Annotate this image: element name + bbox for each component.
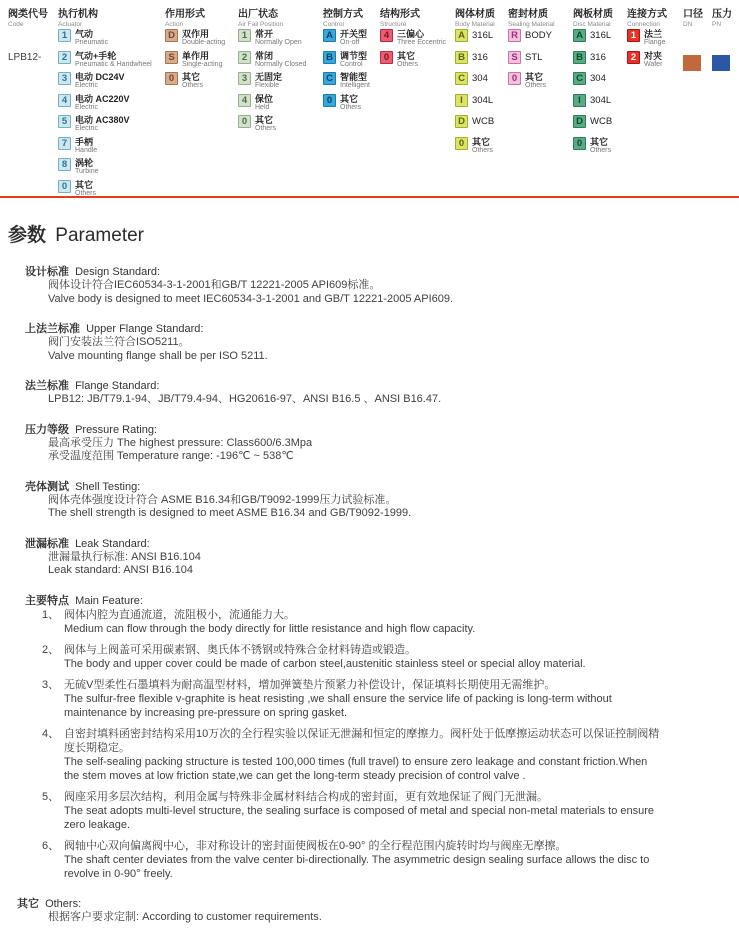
item-label-en: Normally Closed: [255, 61, 306, 69]
column-dn: 口径 DN: [683, 0, 711, 71]
section-line: Leak standard: ANSI B16.104: [48, 564, 739, 578]
others-line: 根据客户要求定制: According to customer requirem…: [48, 911, 739, 925]
column-title-zh: 出厂状态: [238, 5, 323, 20]
item-label-zh: 316: [590, 51, 606, 65]
parameter-heading: 参数 Parameter: [8, 220, 739, 247]
column-items: R BODY S STL 0 其它 Others: [508, 28, 573, 93]
item-label-zh: WCB: [472, 115, 494, 129]
column-items: A 316L B 316 C 304 I 304L: [455, 28, 508, 157]
feature-item: 6、 阀轴中心双向偏离阀中心，非对称设计的密封面使阀板在0-90° 的全行程范围…: [42, 839, 662, 881]
section-line: 阀门安装法兰符合ISO5211。: [48, 336, 739, 350]
legend-item: B 316: [455, 50, 508, 72]
item-label-en: Electric: [75, 125, 130, 133]
column-header: 连接方式 Connection: [627, 5, 683, 28]
column-title-zh: 阀板材质: [573, 5, 627, 20]
section-title-zh: 主要特点: [25, 595, 69, 607]
section-title-zh: 压力等级: [25, 424, 69, 436]
feature-text-zh: 阀体内腔为直通流道，流阻极小，流通能力大。: [64, 608, 662, 622]
legend-item: 1 法兰 Flange: [627, 28, 683, 50]
section-title: 压力等级 Pressure Rating:: [25, 423, 739, 437]
item-label-en: Three Eccentric: [397, 39, 446, 47]
column-title-en: Connection: [627, 21, 683, 28]
param-section: 壳体测试 Shell Testing: 阀体壳体强度设计符合 ASME B16.…: [25, 480, 739, 521]
column-items: 1 气动 Pneumatic 2 气动+手轮 Pneumatic & Handw…: [58, 28, 165, 200]
code-box: C: [323, 72, 336, 85]
column-header: 口径 DN: [683, 5, 711, 28]
legend-item: 4 保位 Held: [238, 93, 323, 115]
column-items: D 双作用 Double-acting S 单作用 Single-acting …: [165, 28, 238, 93]
code-box: 1: [58, 29, 71, 42]
code-box: 0: [323, 94, 336, 107]
item-label-zh: 电动 DC24V: [75, 72, 125, 82]
param-section: 上法兰标准 Upper Flange Standard: 阀门安装法兰符合ISO…: [25, 322, 739, 363]
legend-item: S 单作用 Single-acting: [165, 50, 238, 72]
column-actuator: 执行机构 Actuator 1 气动 Pneumatic 2 气动+手轮 Pne…: [58, 0, 165, 28]
column-header: 阀板材质 Disc Material: [573, 5, 627, 28]
code-box: A: [573, 29, 586, 42]
column-title-en: Sealing Material: [508, 21, 573, 28]
code-box: 3: [58, 72, 71, 85]
model-code-value: LPB12-: [8, 52, 58, 63]
legend-item: D 双作用 Double-acting: [165, 28, 238, 50]
item-label-en: Flange: [644, 39, 665, 47]
item-label-zh: 无固定: [255, 72, 282, 82]
column-header: 出厂状态 Air Fail Position: [238, 5, 323, 28]
section-title-en: Design Standard:: [75, 266, 160, 278]
code-box: 2: [238, 51, 251, 64]
feature-number: 1、: [42, 608, 64, 622]
section-title: 壳体测试 Shell Testing:: [25, 480, 739, 494]
feature-number: 2、: [42, 643, 64, 657]
code-box: C: [573, 72, 586, 85]
item-label-zh: 其它: [397, 51, 418, 61]
column-title-en: Code: [8, 21, 58, 28]
column-title-zh: 连接方式: [627, 5, 683, 20]
code-box: 4: [238, 94, 251, 107]
code-box: 2: [627, 51, 640, 64]
section-title: 法兰标准 Flange Standard:: [25, 379, 739, 393]
item-label-zh: 304L: [590, 94, 611, 108]
column-title-en: Body Material: [455, 21, 508, 28]
item-label-zh: 304: [472, 72, 488, 86]
item-label-zh: WCB: [590, 115, 612, 129]
section-title-en: Others:: [45, 898, 81, 910]
code-box: I: [573, 94, 586, 107]
code-box: S: [508, 51, 521, 64]
item-label-zh: 法兰: [644, 29, 665, 39]
column-title-en: Structure: [380, 21, 455, 28]
legend-item: 2 气动+手轮 Pneumatic & Handwheel: [58, 50, 165, 72]
param-section: 压力等级 Pressure Rating: 最高承受压力 The highest…: [25, 423, 739, 464]
column-air-fail-position: 出厂状态 Air Fail Position 1 常开 Normally Ope…: [238, 0, 323, 28]
code-box: I: [455, 94, 468, 107]
code-box: B: [573, 51, 586, 64]
section-title-zh: 其它: [17, 898, 39, 910]
item-label-zh: 电动 AC380V: [75, 115, 130, 125]
item-label-zh: 其它: [340, 94, 361, 104]
feature-zh: 4、 自密封填料函密封结构采用10万次的全行程实验以保证无泄漏和恒定的摩擦力。阀…: [42, 727, 662, 755]
column-title-zh: 执行机构: [58, 5, 165, 20]
code-box: C: [455, 72, 468, 85]
legend-item: 0 其它 Others: [323, 93, 380, 115]
column-title-en: Action: [165, 21, 238, 28]
code-box: 4: [380, 29, 393, 42]
section-title-en: Flange Standard:: [75, 380, 159, 392]
item-label-zh: 其它: [182, 72, 203, 82]
feature-zh: 6、 阀轴中心双向偏离阀中心，非对称设计的密封面使阀板在0-90° 的全行程范围…: [42, 839, 662, 853]
item-label-zh: 单作用: [182, 51, 222, 61]
item-label-zh: 三偏心: [397, 29, 446, 39]
code-box: D: [573, 115, 586, 128]
item-label-zh: 调节型: [340, 51, 367, 61]
column-title-zh: 作用形式: [165, 5, 238, 20]
code-box: 0: [508, 72, 521, 85]
legend-item: 4 三偏心 Three Eccentric: [380, 28, 455, 50]
column-items: A 开关型 On-off B 调节型 Control C 智能型 Intelli…: [323, 28, 380, 114]
item-label-en: Single-acting: [182, 61, 222, 69]
item-label-zh: 涡轮: [75, 158, 98, 168]
column-title-en: Control: [323, 21, 380, 28]
main-feature-section: 主要特点 Main Feature: 1、 阀体内腔为直通流道，流阻极小，流通能…: [25, 594, 739, 881]
code-box: 0: [455, 137, 468, 150]
item-label-zh: 手柄: [75, 137, 97, 147]
item-label-en: Flexible: [255, 82, 282, 90]
legend-item: 7 手柄 Handle: [58, 136, 165, 158]
feature-item: 3、 无硫V型柔性石墨填料为耐高温型材料，增加弹簧垫片预紧力补偿设计，保证填料长…: [42, 678, 662, 720]
item-label-zh: 316L: [590, 29, 611, 43]
legend-item: 0 其它 Others: [573, 136, 627, 158]
code-box: D: [165, 29, 178, 42]
item-label-en: Others: [340, 104, 361, 112]
column-title-zh: 压力: [712, 5, 739, 20]
section-title-zh: 设计标准: [25, 266, 69, 278]
code-box: 3: [238, 72, 251, 85]
legend-item: 3 无固定 Flexible: [238, 71, 323, 93]
section-line: LPB12: JB/T79.1-94、JB/T79.4-94、HG20616-9…: [48, 393, 739, 407]
section-line: 泄漏量执行标准: ANSI B16.104: [48, 551, 739, 565]
column-body-material: 阀体材质 Body Material A 316L B 316 C 304: [455, 0, 508, 28]
item-label-en: Wafer: [644, 61, 662, 69]
item-label-en: Pneumatic & Handwheel: [75, 61, 152, 69]
feature-zh: 5、 阀座采用多层次结构，利用金属与特殊非金属材料结合构成的密封面，更有效地保证…: [42, 790, 662, 804]
column-pn: 压力 PN: [712, 0, 739, 71]
feature-list: 1、 阀体内腔为直通流道，流阻极小，流通能力大。 Medium can flow…: [42, 608, 662, 881]
code-box: 2: [58, 51, 71, 64]
legend-item: 0 其它 Others: [238, 114, 323, 136]
legend-item: A 316L: [573, 28, 627, 50]
model-code-legend: 阀类代号 Code LPB12- 执行机构 Actuator 1 气动 Pneu…: [0, 0, 739, 197]
column-control: 控制方式 Control A 开关型 On-off B 调节型 Control …: [323, 0, 380, 28]
feature-item: 5、 阀座采用多层次结构，利用金属与特殊非金属材料结合构成的密封面，更有效地保证…: [42, 790, 662, 832]
code-box: 5: [58, 115, 71, 128]
column-header: 阀体材质 Body Material: [455, 5, 508, 28]
code-box: R: [508, 29, 521, 42]
others-section: 其它 Others: 根据客户要求定制: According to custom…: [17, 897, 739, 925]
code-box: 8: [58, 158, 71, 171]
section-title-en: Shell Testing:: [75, 481, 140, 493]
section-title: 泄漏标准 Leak Standard:: [25, 537, 739, 551]
legend-item: 0 其它 Others: [380, 50, 455, 72]
item-label-en: Double-acting: [182, 39, 225, 47]
item-label-zh: BODY: [525, 29, 552, 43]
code-box: 7: [58, 137, 71, 150]
section-title-zh: 法兰标准: [25, 380, 69, 392]
item-label-zh: 保位: [255, 94, 273, 104]
feature-zh: 2、 阀体与上阀盖可采用碳素钢、奥氏体不锈钢或特殊合金材料铸造或锻造。: [42, 643, 662, 657]
legend-item: C 智能型 Intelligent: [323, 71, 380, 93]
parameter-sections: 设计标准 Design Standard: 阀体设计符合IEC60534-3-1…: [0, 265, 739, 578]
feature-number: 6、: [42, 839, 64, 853]
legend-item: I 304L: [455, 93, 508, 115]
code-box: 0: [573, 137, 586, 150]
feature-item: 1、 阀体内腔为直通流道，流阻极小，流通能力大。 Medium can flow…: [42, 608, 662, 636]
legend-item: I 304L: [573, 93, 627, 115]
item-label-zh: 316L: [472, 29, 493, 43]
item-label-en: Electric: [75, 82, 125, 90]
feature-text-zh: 自密封填料函密封结构采用10万次的全行程实验以保证无泄漏和恒定的摩擦力。阀杆处于…: [64, 727, 662, 755]
legend-item: C 304: [573, 71, 627, 93]
column-action: 作用形式 Action D 双作用 Double-acting S 单作用 Si…: [165, 0, 238, 28]
feature-zh: 3、 无硫V型柔性石墨填料为耐高温型材料，增加弹簧垫片预紧力补偿设计，保证填料长…: [42, 678, 662, 692]
code-box: 0: [165, 72, 178, 85]
section-title-en: Upper Flange Standard:: [86, 323, 203, 335]
code-box: S: [165, 51, 178, 64]
code-box: 0: [58, 180, 71, 193]
feature-text-en: The shaft center deviates from the valve…: [64, 853, 662, 881]
feature-number: 4、: [42, 727, 64, 755]
item-label-zh: 电动 AC220V: [75, 94, 130, 104]
column-header: 作用形式 Action: [165, 5, 238, 28]
code-box: 4: [58, 94, 71, 107]
code-box: 1: [238, 29, 251, 42]
column-header: 压力 PN: [712, 5, 739, 28]
pn-color-swatch: [712, 55, 730, 71]
item-label-zh: 气动: [75, 29, 108, 39]
feature-text-en: The sulfur-free flexible v-graphite is h…: [64, 692, 662, 720]
column-title-zh: 控制方式: [323, 5, 380, 20]
item-label-en: On-off: [340, 39, 367, 47]
code-box: 0: [238, 115, 251, 128]
legend-item: 1 气动 Pneumatic: [58, 28, 165, 50]
legend-item: 4 电动 AC220V Electric: [58, 93, 165, 115]
column-header: 控制方式 Control: [323, 5, 380, 28]
section-title-zh: 壳体测试: [25, 481, 69, 493]
legend-item: 2 常闭 Normally Closed: [238, 50, 323, 72]
column-items: A 316L B 316 C 304 I 304L: [573, 28, 627, 157]
code-box: 1: [627, 29, 640, 42]
column-structure: 结构形式 Structure 4 三偏心 Three Eccentric 0 其…: [380, 0, 455, 28]
section-line: Valve body is designed to meet IEC60534-…: [48, 293, 739, 307]
section-line: 承受温度范围 Temperature range: -196℃ ~ 538℃: [48, 450, 739, 464]
column-items: 1 常开 Normally Open 2 常闭 Normally Closed …: [238, 28, 323, 136]
item-label-en: Held: [255, 104, 273, 112]
item-label-en: Intelligent: [340, 82, 370, 90]
code-box: D: [455, 115, 468, 128]
feature-text-en: The self-sealing packing structure is te…: [64, 755, 662, 783]
legend-item: D WCB: [455, 114, 508, 136]
feature-text-zh: 无硫V型柔性石墨填料为耐高温型材料，增加弹簧垫片预紧力补偿设计，保证填料长期使用…: [64, 678, 662, 692]
item-label-en: Others: [590, 147, 611, 155]
column-items: 4 三偏心 Three Eccentric 0 其它 Others: [380, 28, 455, 71]
feature-text-zh: 阀座采用多层次结构，利用金属与特殊非金属材料结合构成的密封面，更有效地保证了阀门…: [64, 790, 662, 804]
others-title: 其它 Others:: [17, 897, 739, 911]
column-title-en: PN: [712, 21, 739, 28]
feature-text-en: The body and upper cover could be made o…: [64, 657, 662, 671]
item-label-en: Pneumatic: [75, 39, 108, 47]
item-label-zh: 其它: [75, 180, 96, 190]
item-label-en: Turbine: [75, 168, 98, 176]
parameter-heading-zh: 参数: [8, 225, 46, 246]
legend-item: A 开关型 On-off: [323, 28, 380, 50]
item-label-en: Handle: [75, 147, 97, 155]
item-label-zh: 316: [472, 51, 488, 65]
code-box: A: [323, 29, 336, 42]
column-title-zh: 口径: [683, 5, 711, 20]
column-header: 执行机构 Actuator: [58, 5, 165, 28]
column-header: 密封材质 Sealing Material: [508, 5, 573, 28]
section-title-zh: 泄漏标准: [25, 538, 69, 550]
legend-item: 5 电动 AC380V Electric: [58, 114, 165, 136]
section-title-en: Pressure Rating:: [75, 424, 157, 436]
feature-text-zh: 阀体与上阀盖可采用碳素钢、奥氏体不锈钢或特殊合金材料铸造或锻造。: [64, 643, 662, 657]
parameter-section: 参数 Parameter 设计标准 Design Standard: 阀体设计符…: [0, 212, 739, 940]
item-label-zh: 对夹: [644, 51, 662, 61]
column-items: 1 法兰 Flange 2 对夹 Wafer: [627, 28, 683, 71]
column-code-header: 阀类代号 Code: [8, 5, 58, 28]
feature-text-en: The seat adopts multi-level structure, t…: [64, 804, 662, 832]
feature-item: 2、 阀体与上阀盖可采用碳素钢、奥氏体不锈钢或特殊合金材料铸造或锻造。 The …: [42, 643, 662, 671]
legend-item: R BODY: [508, 28, 573, 50]
column-title-zh: 阀体材质: [455, 5, 508, 20]
item-label-zh: 其它: [525, 72, 546, 82]
section-title: 设计标准 Design Standard:: [25, 265, 739, 279]
section-title: 上法兰标准 Upper Flange Standard:: [25, 322, 739, 336]
item-label-en: Others: [397, 61, 418, 69]
item-label-zh: 智能型: [340, 72, 370, 82]
feature-number: 5、: [42, 790, 64, 804]
column-title-zh: 密封材质: [508, 5, 573, 20]
param-section: 设计标准 Design Standard: 阀体设计符合IEC60534-3-1…: [25, 265, 739, 306]
item-label-zh: 气动+手轮: [75, 51, 152, 61]
item-label-zh: 双作用: [182, 29, 225, 39]
item-label-zh: 常开: [255, 29, 302, 39]
item-label-en: Control: [340, 61, 367, 69]
item-label-zh: 304: [590, 72, 606, 86]
column-title-en: Air Fail Position: [238, 21, 323, 28]
feature-text-en: Medium can flow through the body directl…: [64, 622, 662, 636]
item-label-en: Others: [525, 82, 546, 90]
section-title-zh: 上法兰标准: [25, 323, 80, 335]
main-feature-title: 主要特点 Main Feature:: [25, 594, 739, 608]
param-section: 泄漏标准 Leak Standard: 泄漏量执行标准: ANSI B16.10…: [25, 537, 739, 578]
legend-item: D WCB: [573, 114, 627, 136]
legend-item: 0 其它 Others: [455, 136, 508, 158]
item-label-zh: 开关型: [340, 29, 367, 39]
legend-item: S STL: [508, 50, 573, 72]
column-connection: 连接方式 Connection 1 法兰 Flange 2 对夹 Wafer: [627, 0, 683, 28]
item-label-en: Electric: [75, 104, 130, 112]
section-line: 阀体设计符合IEC60534-3-1-2001和GB/T 12221-2005 …: [48, 279, 739, 293]
item-label-zh: STL: [525, 51, 542, 65]
item-label-zh: 其它: [590, 137, 611, 147]
column-code: 阀类代号 Code LPB12-: [8, 0, 58, 63]
item-label-zh: 其它: [255, 115, 276, 125]
parameter-heading-en: Parameter: [55, 225, 144, 246]
section-line: 最高承受压力 The highest pressure: Class600/6.…: [48, 437, 739, 451]
legend-item: 1 常开 Normally Open: [238, 28, 323, 50]
column-title-en: DN: [683, 21, 711, 28]
column-disc-material: 阀板材质 Disc Material A 316L B 316 C 304: [573, 0, 627, 28]
column-title-en: Disc Material: [573, 21, 627, 28]
legend-item: 0 其它 Others: [508, 71, 573, 93]
column-header: 结构形式 Structure: [380, 5, 455, 28]
section-title-en: Main Feature:: [75, 595, 143, 607]
legend-item: 3 电动 DC24V Electric: [58, 71, 165, 93]
item-label-en: Others: [255, 125, 276, 133]
column-sealing-material: 密封材质 Sealing Material R BODY S STL 0 其它 …: [508, 0, 573, 28]
feature-text-zh: 阀轴中心双向偏离阀中心，非对称设计的密封面使阀板在0-90° 的全行程范围内旋转…: [64, 839, 662, 853]
legend-item: 8 涡轮 Turbine: [58, 157, 165, 179]
item-label-en: Others: [182, 82, 203, 90]
section-line: The shell strength is designed to meet A…: [48, 507, 739, 521]
item-label-zh: 常闭: [255, 51, 306, 61]
code-box: 0: [380, 51, 393, 64]
item-label-zh: 304L: [472, 94, 493, 108]
section-divider-line: [0, 196, 739, 198]
code-box: A: [455, 29, 468, 42]
feature-item: 4、 自密封填料函密封结构采用10万次的全行程实验以保证无泄漏和恒定的摩擦力。阀…: [42, 727, 662, 783]
legend-item: A 316L: [455, 28, 508, 50]
code-box: B: [455, 51, 468, 64]
legend-item: C 304: [455, 71, 508, 93]
feature-number: 3、: [42, 678, 64, 692]
section-title-en: Leak Standard:: [75, 538, 150, 550]
legend-item: 0 其它 Others: [165, 71, 238, 93]
column-title-en: Actuator: [58, 21, 165, 28]
section-line: 阀体壳体强度设计符合 ASME B16.34和GB/T9092-1999压力试验…: [48, 494, 739, 508]
column-title-zh: 结构形式: [380, 5, 455, 20]
legend-item: B 316: [573, 50, 627, 72]
item-label-zh: 其它: [472, 137, 493, 147]
column-title-zh: 阀类代号: [8, 5, 58, 20]
item-label-en: Normally Open: [255, 39, 302, 47]
code-box: B: [323, 51, 336, 64]
legend-item: B 调节型 Control: [323, 50, 380, 72]
feature-zh: 1、 阀体内腔为直通流道，流阻极小，流通能力大。: [42, 608, 662, 622]
item-label-en: Others: [472, 147, 493, 155]
section-line: Valve mounting flange shall be per ISO 5…: [48, 350, 739, 364]
param-section: 法兰标准 Flange Standard: LPB12: JB/T79.1-94…: [25, 379, 739, 407]
dn-color-swatch: [683, 55, 701, 71]
legend-item: 2 对夹 Wafer: [627, 50, 683, 72]
